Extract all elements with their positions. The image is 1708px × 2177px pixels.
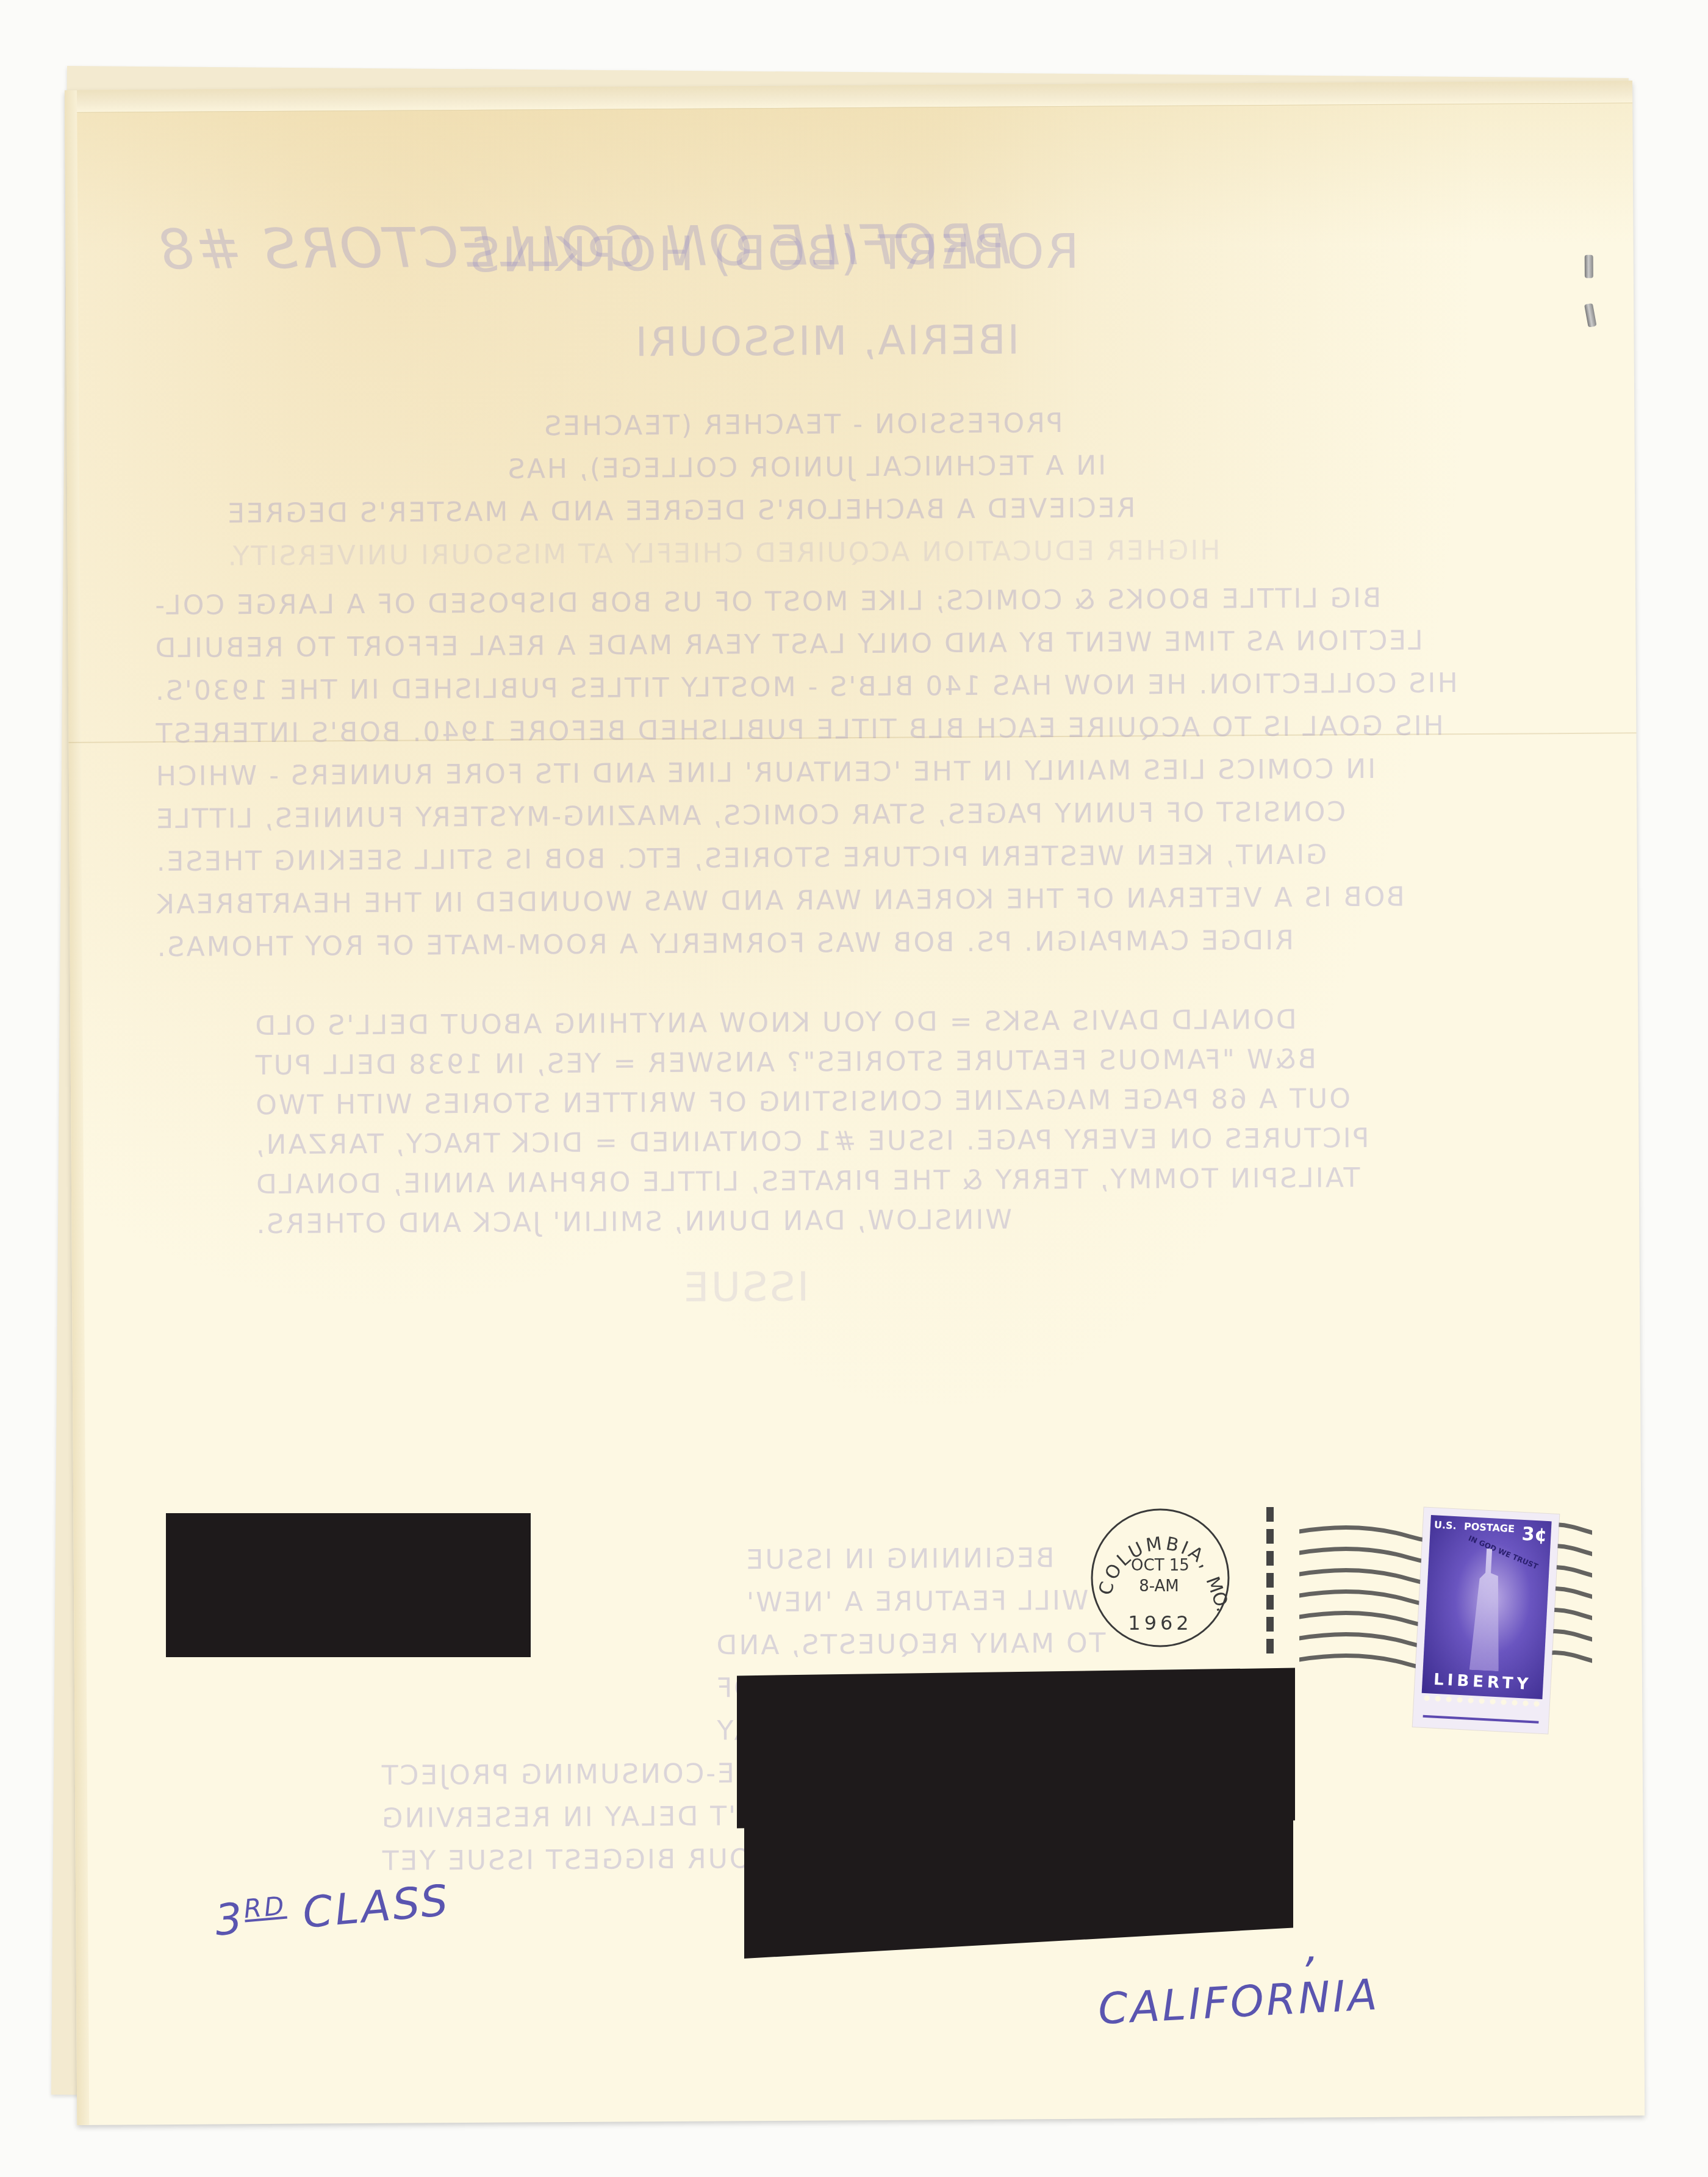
stamp-country: U.S. [1433, 1519, 1457, 1541]
redaction-box-recipient-address [737, 1668, 1295, 1829]
showthrough-line: BIG LITTLE BOOKS & COMICS; LIKE MOST OF … [153, 583, 1381, 621]
showthrough-line: RECIEVED A BACHELOR'S DEGREE AND A MASTE… [226, 492, 1135, 529]
showthrough-line: PICTURES ON EVERY PAGE. ISSUE #1 CONTAIN… [254, 1123, 1369, 1160]
handwritten-comma: , [1305, 1922, 1321, 1972]
showthrough-line: GIANT, KEEN WESTERN PICTURE STORIES, ETC… [155, 839, 1327, 877]
staple [1585, 255, 1593, 278]
showthrough-line: BOB IS A VETERAN OF THE KOREAN WAR AND W… [155, 882, 1405, 921]
showthrough-line: HIGHER EDUCATION ACQUIRED CHIEFLY AT MIS… [226, 534, 1221, 572]
showthrough-line: PROFESSION - TEACHER (TEACHES [542, 408, 1063, 442]
showthrough-line: CONSIST OF FUNNY PAGES, STAR COMICS, AMA… [154, 796, 1346, 835]
postmark-time: 8-AM [1139, 1577, 1179, 1596]
showthrough-line: IN COMICS LIES MAINLY IN THE 'CENTAUR' L… [154, 754, 1376, 792]
mail-class-number: 3 [213, 1893, 247, 1946]
showthrough-line: OUT A 68 PAGE MAGAZINE CONSISTING OF WRI… [254, 1083, 1351, 1121]
postmark-date: OCT 15 [1131, 1556, 1189, 1575]
showthrough-line: TO MANY REQUESTS, AND [714, 1628, 1105, 1661]
postmark-circle: COLUMBIA, OCT 15 8-AM 1962 MO. [1087, 1505, 1233, 1651]
redaction-box-return-address [166, 1513, 531, 1657]
showthrough-line: RIDGE CAMPAIGN. PS. BOB WAS FORMERLY A R… [155, 925, 1294, 963]
stamp-design: U.S. POSTAGE 3¢ IN GOD WE TRUST LIBERTY [1422, 1515, 1552, 1699]
showthrough-line: IN A TECHNICAL JUNIOR COLLEGE), HAS [506, 450, 1107, 485]
showthrough-line: HIS GOAL IS TO ACQUIRE EACH BLB TITLE PU… [154, 710, 1444, 749]
showthrough-line: WINSLOW, DAN DUNN, SMILIN' JACK AND OTHE… [254, 1204, 1012, 1240]
showthrough-issue-heading: ISSUE [682, 1264, 809, 1311]
showthrough-line: BEGINNING IN ISSUE [745, 1542, 1055, 1575]
statue-of-liberty-icon [1466, 1548, 1509, 1672]
postage-stamp: U.S. POSTAGE 3¢ IN GOD WE TRUST LIBERTY [1413, 1507, 1560, 1733]
showthrough-line: LECTION AS TIME WENT BY AND ONLY LAST YE… [153, 625, 1423, 664]
showthrough-name: ROBERT (BOB) HOPKINS [468, 225, 1079, 283]
mail-class-suffix: RD [243, 1890, 288, 1924]
cancellation-bar [1266, 1507, 1274, 1653]
showthrough-line: TAILSPIN TOMMY, TERRY & THE PIRATES, LIT… [254, 1162, 1360, 1200]
showthrough-line: WILL FEATURE A 'NEW' [745, 1585, 1089, 1618]
postmark-year: 1962 [1128, 1611, 1192, 1635]
showthrough-line: HIS COLLECTION. HE NOW HAS 140 BLB'S - M… [154, 667, 1458, 707]
showthrough-location: IBERIA, MISSOURI [633, 316, 1019, 365]
staple [1584, 303, 1597, 328]
stamp-margin-line [1423, 1715, 1539, 1724]
showthrough-line: B&W "FAMOUS FEATURE STORIES"? ANSWER = Y… [254, 1043, 1317, 1081]
stamp-caption: LIBERTY [1422, 1670, 1543, 1694]
showthrough-line: DONALD DAVIS ASKS = DO YOU KNOW ANYTHING… [253, 1004, 1297, 1042]
stamp-value: 3¢ [1521, 1524, 1548, 1546]
